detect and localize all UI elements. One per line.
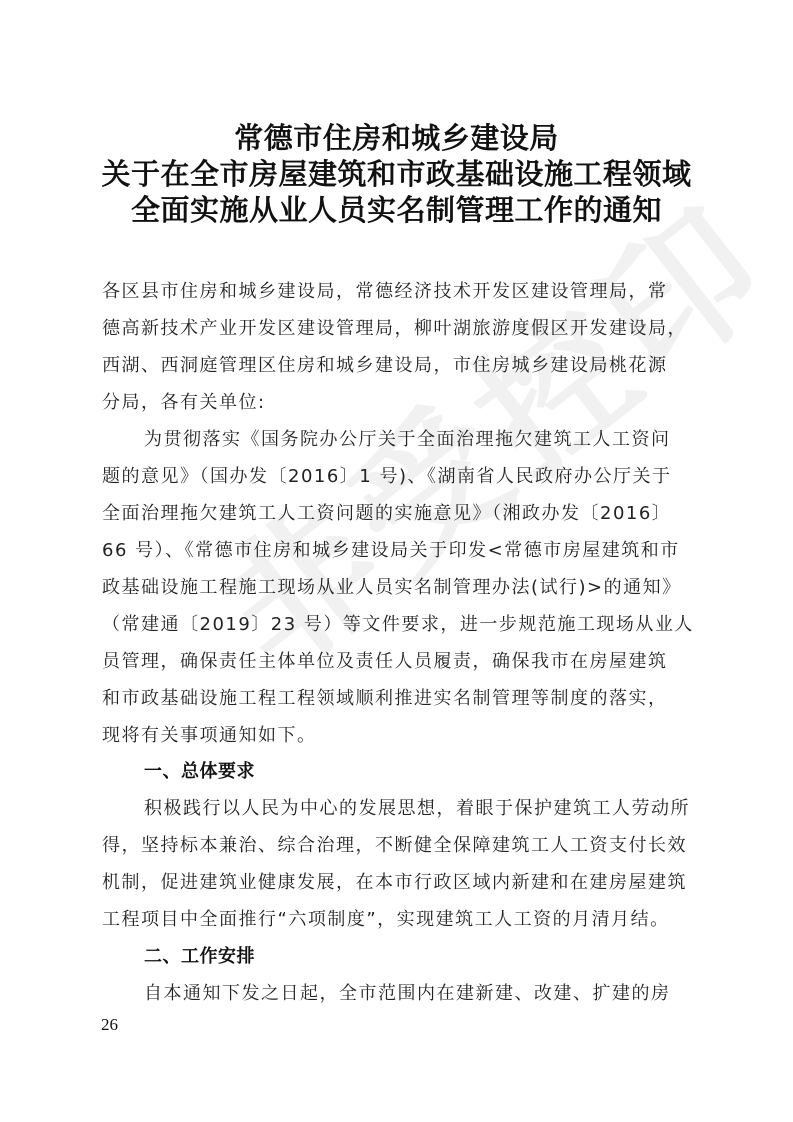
title-line-2: 关于在全市房屋建筑和市政基础设施工程领域 xyxy=(0,156,793,192)
intro-line: 题的意见》（国办发〔2016〕1 号)、《湖南省人民政府办公厅关于 xyxy=(102,465,672,489)
title-line-3: 全面实施从业人员实名制管理工作的通知 xyxy=(0,192,793,228)
section-heading-2: 二、工作安排 xyxy=(144,945,255,969)
intro-line: 政基础设施工程施工现场从业人员实名制管理办法(试行)>的通知》 xyxy=(102,576,682,600)
intro-line: 和市政基础设施工程工程领域顺利推进实名制管理等制度的落实， xyxy=(102,687,668,711)
intro-line: 员管理，确保责任主体单位及责任人员履责，确保我市在房屋建筑 xyxy=(102,650,668,674)
addressee-line: 分局，各有关单位: xyxy=(102,391,266,415)
section-2-line: 自本通知下发之日起，全市范围内在建新建、改建、扩建的房 xyxy=(144,982,671,1006)
section-1-line: 工程项目中全面推行“六项制度”，实现建筑工人工资的月清月结。 xyxy=(102,908,670,932)
section-1-line: 积极践行以人民为中心的发展思想，着眼于保护建筑工人劳动所 xyxy=(144,797,690,821)
title-line-1: 常德市住房和城乡建设局 xyxy=(0,120,793,156)
section-1-line: 机制，促进建筑业健康发展，在本市行政区域内新建和在建房屋建筑 xyxy=(102,871,687,895)
section-1-line: 得，坚持标本兼治、综合治理，不断健全保障建筑工人工资支付长效 xyxy=(102,834,687,858)
addressee-line: 西湖、西洞庭管理区住房和城乡建设局，市住房城乡建设局桃花源 xyxy=(102,354,668,378)
addressee-line: 各区县市住房和城乡建设局，常德经济技术开发区建设管理局，常 xyxy=(102,280,668,304)
intro-line: 全面治理拖欠建筑工人工资问题的实施意见》（湘政办发〔2016〕 xyxy=(102,502,671,526)
document-page: 非受控印 常德市住房和城乡建设局 关于在全市房屋建筑和市政基础设施工程领域 全面… xyxy=(0,0,793,1122)
intro-line: 66 号）、《常德市住房和城乡建设局关于印发<常德市房屋建筑和市 xyxy=(102,539,680,563)
intro-line: （常建通〔2019〕23 号）等文件要求，进一步规范施工现场从业人 xyxy=(102,613,694,637)
section-heading-1: 一、总体要求 xyxy=(144,760,255,784)
intro-line: 现将有关事项通知如下。 xyxy=(102,724,317,748)
document-title: 常德市住房和城乡建设局 关于在全市房屋建筑和市政基础设施工程领域 全面实施从业人… xyxy=(0,120,793,228)
page-number: 26 xyxy=(101,1015,118,1035)
addressee-line: 德高新技术产业开发区建设管理局，柳叶湖旅游度假区开发建设局， xyxy=(102,317,687,341)
intro-line: 为贯彻落实《国务院办公厅关于全面治理拖欠建筑工人工资问 xyxy=(144,428,671,452)
